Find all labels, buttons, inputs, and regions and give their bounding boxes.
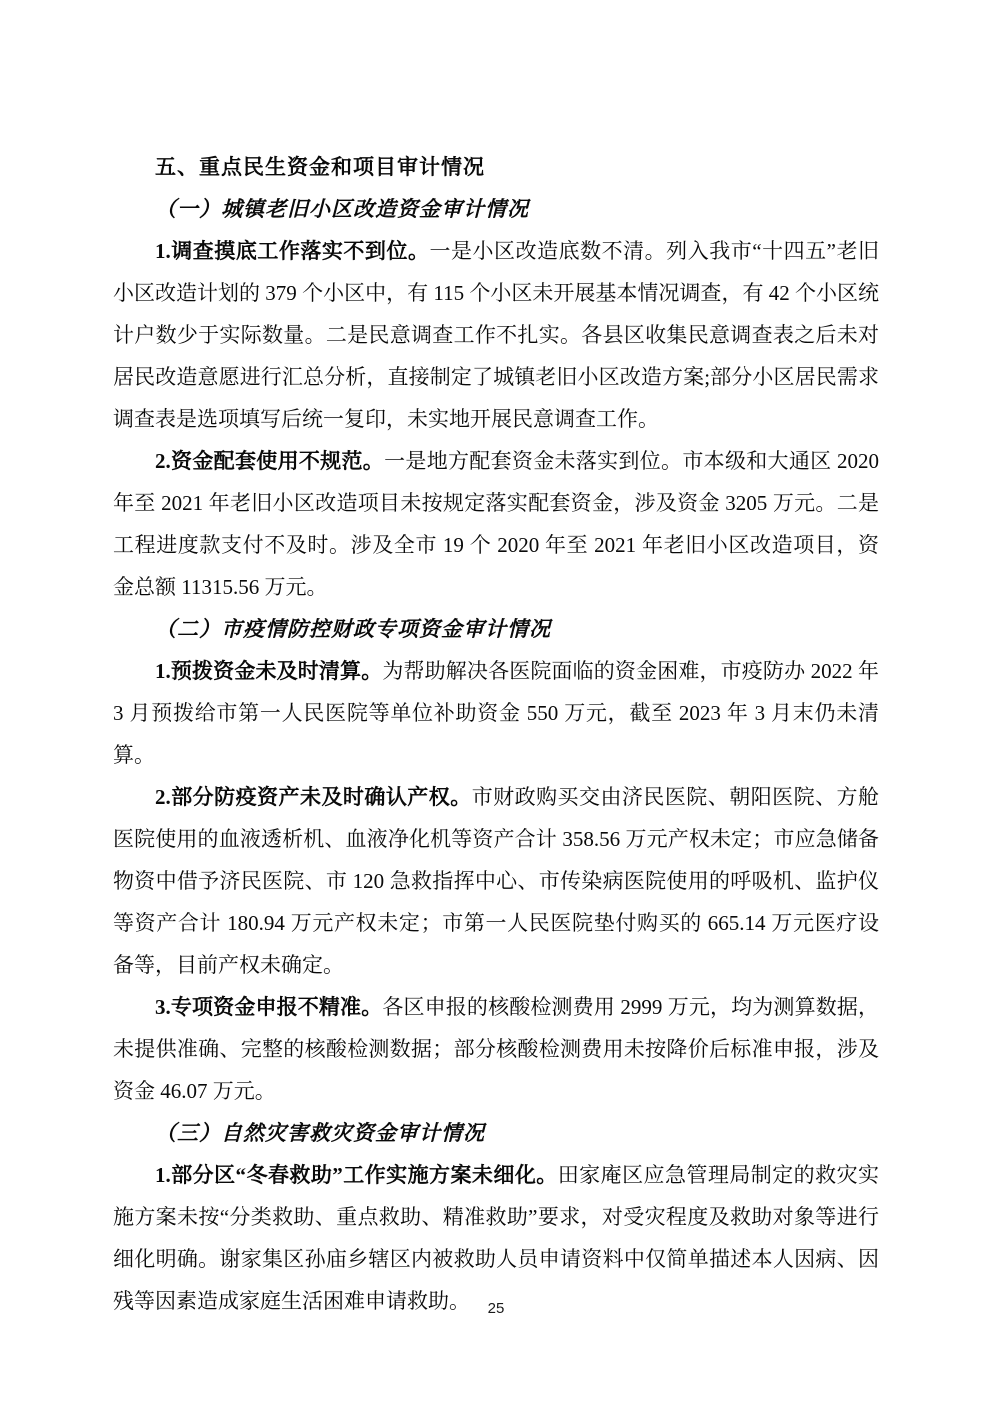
main-section-heading: 五、重点民生资金和项目审计情况	[113, 146, 879, 188]
paragraph-text: 市财政购买交由济民医院、朝阳医院、方舱医院使用的血液透析机、血液净化机等资产合计…	[113, 785, 879, 977]
paragraph-lead: 3.专项资金申报不精准。	[155, 995, 382, 1019]
paragraph-2-3: 3.专项资金申报不精准。各区申报的核酸检测费用 2999 万元，均为测算数据，未…	[113, 986, 879, 1112]
paragraph-1-1: 1.调查摸底工作落实不到位。一是小区改造底数不清。列入我市“十四五”老旧小区改造…	[113, 230, 879, 440]
paragraph-lead: 1.调查摸底工作落实不到位。	[155, 239, 429, 263]
paragraph-text: 一是小区改造底数不清。列入我市“十四五”老旧小区改造计划的 379 个小区中，有…	[113, 239, 879, 431]
page-number: 25	[0, 1300, 992, 1318]
paragraph-lead: 2.资金配套使用不规范。	[155, 449, 384, 473]
document-body: 五、重点民生资金和项目审计情况 （一）城镇老旧小区改造资金审计情况 1.调查摸底…	[113, 146, 879, 1322]
paragraph-2-1: 1.预拨资金未及时清算。为帮助解决各医院面临的资金困难，市疫防办 2022 年 …	[113, 650, 879, 776]
document-page: 五、重点民生资金和项目审计情况 （一）城镇老旧小区改造资金审计情况 1.调查摸底…	[0, 0, 992, 1403]
subsection-heading-2: （二）市疫情防控财政专项资金审计情况	[113, 608, 879, 650]
paragraph-lead: 1.预拨资金未及时清算。	[155, 659, 382, 683]
paragraph-lead: 1.部分区“冬春救助”工作实施方案未细化。	[155, 1163, 558, 1187]
paragraph-2-2: 2.部分防疫资产未及时确认产权。市财政购买交由济民医院、朝阳医院、方舱医院使用的…	[113, 776, 879, 986]
paragraph-lead: 2.部分防疫资产未及时确认产权。	[155, 785, 472, 809]
paragraph-1-2: 2.资金配套使用不规范。一是地方配套资金未落实到位。市本级和大通区 2020 年…	[113, 440, 879, 608]
subsection-heading-3: （三）自然灾害救灾资金审计情况	[113, 1112, 879, 1154]
paragraph-3-1: 1.部分区“冬春救助”工作实施方案未细化。田家庵区应急管理局制定的救灾实施方案未…	[113, 1154, 879, 1322]
subsection-heading-1: （一）城镇老旧小区改造资金审计情况	[113, 188, 879, 230]
